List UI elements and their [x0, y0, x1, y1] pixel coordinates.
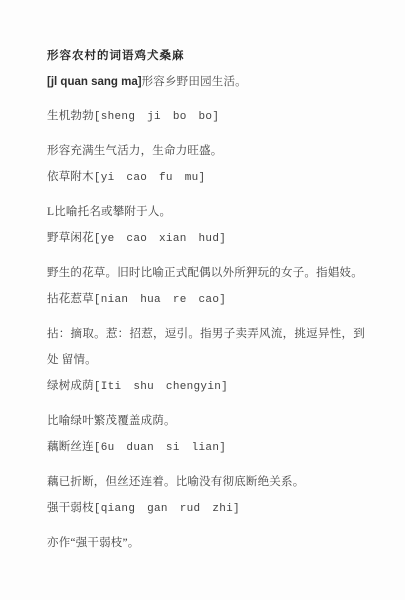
entry-word: 强干弱枝 [47, 502, 94, 514]
entry-definition: 野生的花草。旧时比喻正式配偶以外所狎玩的女子。指娼妓。 [47, 260, 365, 286]
entry-headword: 拈花惹草[nian hua re cao] [47, 286, 365, 313]
entry-word: 生机勃勃 [47, 110, 94, 122]
entry-headword: 依草附木[yi cao fu mu] [47, 164, 365, 191]
document-page: 形容农村的词语鸡犬桑麻 [jl quan sang ma]形容乡野田园生活。 生… [0, 0, 405, 600]
entry-definition: 形容充满生气活力，生命力旺盛。 [47, 138, 365, 164]
entry-pinyin: [sheng ji bo bo] [94, 111, 219, 123]
page-title: 形容农村的词语鸡犬桑麻 [47, 43, 365, 69]
entry-word: 依草附木 [47, 171, 94, 183]
entry-headword: 绿树成荫[Iti shu chengyin] [47, 373, 365, 400]
entry-pinyin: [yi cao fu mu] [94, 172, 206, 184]
intro-text: 形容乡野田园生活。 [142, 76, 247, 88]
entry-pinyin: [qiang gan rud zhi] [94, 503, 240, 515]
entry-pinyin: [6u duan si lian] [94, 442, 226, 454]
entry-headword: 强干弱枝[qiang gan rud zhi] [47, 495, 365, 522]
entry-pinyin: [Iti shu chengyin] [94, 381, 228, 393]
entry-word: 野草闲花 [47, 232, 94, 244]
entry-headword: 野草闲花[ye cao xian hud] [47, 225, 365, 252]
intro-pinyin: [jl quan sang ma] [47, 76, 142, 88]
entry-definition: 拈：摘取。惹：招惹，逗引。指男子卖弄风流，挑逗异性，到处 留情。 [47, 321, 365, 373]
intro-line: [jl quan sang ma]形容乡野田园生活。 [47, 69, 365, 95]
entry-word: 藕断丝连 [47, 441, 94, 453]
entry-headword: 藕断丝连[6u duan si lian] [47, 434, 365, 461]
entry-word: 绿树成荫 [47, 380, 94, 392]
entry-definition: L比喻托名或攀附于人。 [47, 199, 365, 225]
entry-pinyin: [ye cao xian hud] [94, 233, 226, 245]
entry-headword: 生机勃勃[sheng ji bo bo] [47, 103, 365, 130]
entry-definition: 亦作“强干弱枝”。 [47, 530, 365, 556]
entry-word: 拈花惹草 [47, 293, 94, 305]
entry-definition: 比喻绿叶繁茂覆盖成荫。 [47, 408, 365, 434]
entry-definition: 藕已折断，但丝还连着。比喻没有彻底断绝关系。 [47, 469, 365, 495]
entry-pinyin: [nian hua re cao] [94, 294, 226, 306]
